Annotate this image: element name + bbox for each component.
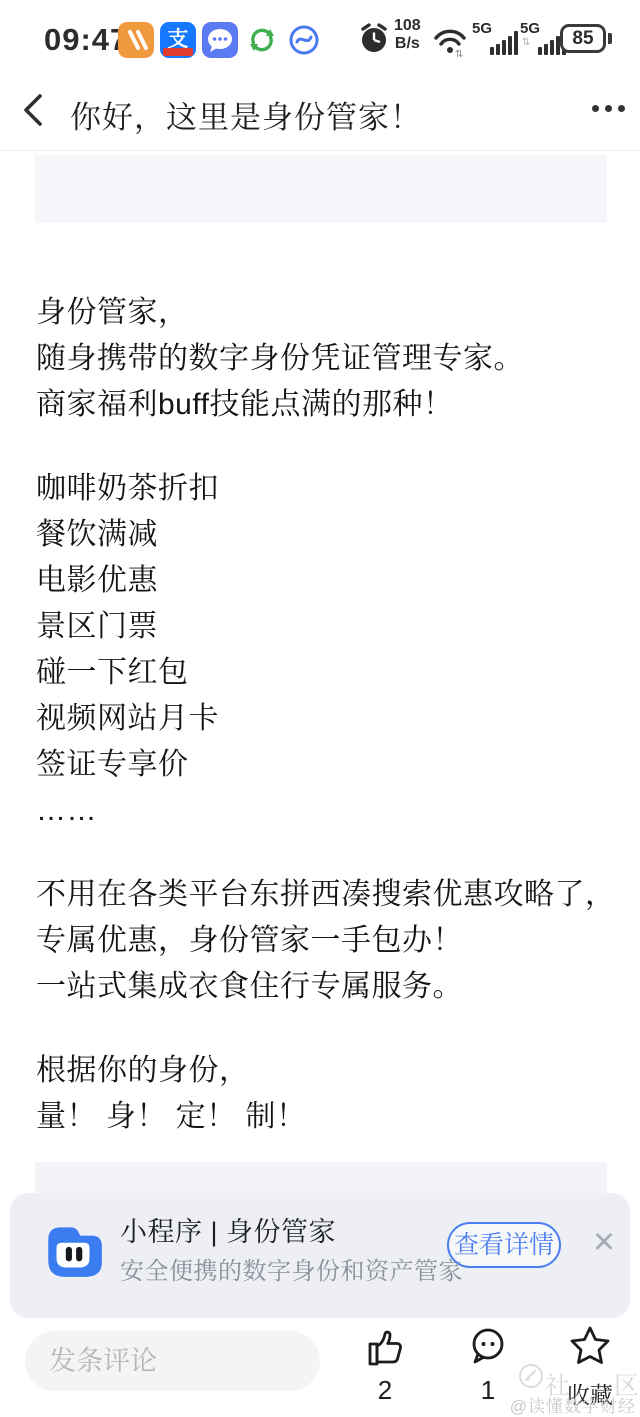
like-count: 2 — [355, 1375, 415, 1406]
article-line: 随身携带的数字身份凭证管理专家。 — [36, 336, 611, 382]
signal-bars-1 — [490, 31, 518, 55]
battery-nub — [608, 33, 612, 44]
article-line: 量！ 身！ 定！ 制！ — [36, 1094, 611, 1140]
article-line: …… — [36, 788, 611, 834]
nav-bar: 你好，这里是身份管家！ — [0, 70, 640, 151]
close-icon[interactable]: × — [580, 1218, 628, 1266]
star-icon — [567, 1324, 613, 1368]
article-line: 景区门票 — [36, 604, 611, 650]
network-type-label-1: 5G — [472, 20, 492, 37]
article-line: 专属优惠，身份管家一手包办！ — [36, 918, 611, 964]
status-bar: 09:47 支 — [0, 0, 640, 70]
like-button[interactable]: 2 — [355, 1324, 415, 1406]
comment-input[interactable] — [25, 1331, 320, 1391]
miniprogram-subtitle: 安全便携的数字身份和资产管家 — [120, 1251, 463, 1286]
article-line: 咖啡奶茶折扣 — [36, 466, 611, 512]
article-blank-line — [36, 1010, 611, 1048]
article-line: 不用在各类平台东拼西凑搜索优惠攻略了， — [36, 872, 611, 918]
phone-screen: 09:47 支 — [0, 0, 640, 1417]
back-icon[interactable] — [18, 90, 48, 130]
slash-app-icon — [118, 22, 154, 58]
network-type-label-2: 5G — [520, 20, 540, 37]
article-image-partial-top — [35, 155, 607, 223]
slash-glyph — [118, 22, 154, 58]
page-title: 你好，这里是身份管家！ — [70, 92, 422, 137]
comment-button[interactable]: 1 — [458, 1324, 518, 1406]
bottom-action-bar: 2 1 收藏 — [0, 1318, 640, 1417]
recycle-arrows-glyph — [244, 22, 280, 58]
article-line: 根据你的身份， — [36, 1048, 611, 1094]
recycle-app-icon — [244, 22, 280, 58]
article-line: 身份管家， — [36, 290, 611, 336]
thumbs-up-icon — [362, 1324, 408, 1368]
miniprogram-title: 小程序 | 身份管家 — [120, 1210, 336, 1249]
alipay-icon: 支 — [160, 22, 196, 58]
article-line: 视频网站月卡 — [36, 696, 611, 742]
chat-bubble-glyph — [202, 22, 238, 58]
swirl-app-icon — [286, 22, 322, 58]
view-details-button[interactable]: 查看详情 — [447, 1222, 561, 1268]
data-arrows-icon: ⇅ — [522, 37, 529, 48]
favorite-label: 收藏 — [560, 1377, 620, 1410]
article-blank-line — [36, 834, 611, 872]
miniprogram-folder-icon — [40, 1217, 106, 1283]
article-line: 电影优惠 — [36, 558, 611, 604]
article-line: 商家福利buff技能点满的那种！ — [36, 382, 611, 428]
alarm-clock-icon — [356, 20, 392, 56]
article-body: 身份管家，随身携带的数字身份凭证管理专家。商家福利buff技能点满的那种！咖啡奶… — [36, 290, 611, 1140]
article-line: 签证专享价 — [36, 742, 611, 788]
miniprogram-card[interactable]: 小程序 | 身份管家 安全便携的数字身份和资产管家 查看详情 × — [10, 1193, 630, 1318]
svg-text:⇅: ⇅ — [455, 49, 463, 58]
article-line: 碰一下红包 — [36, 650, 611, 696]
comment-bubble-icon — [465, 1324, 511, 1368]
comment-count: 1 — [458, 1375, 518, 1406]
article-line: 餐饮满减 — [36, 512, 611, 558]
favorite-button[interactable]: 收藏 — [560, 1324, 620, 1410]
messages-app-icon — [202, 22, 238, 58]
network-speed: 108 B/s — [394, 17, 421, 53]
battery-indicator: 85 — [560, 24, 606, 53]
article-line: 一站式集成衣食住行专属服务。 — [36, 964, 611, 1010]
swirl-glyph — [286, 22, 322, 58]
network-speed-value: 108 — [394, 17, 421, 34]
clock-time: 09:47 — [44, 22, 128, 58]
signal-5g-sim1: 5G — [472, 20, 518, 58]
article-blank-line — [36, 428, 611, 466]
wifi-icon: ⇅ — [430, 24, 470, 58]
network-speed-unit: B/s — [395, 35, 420, 52]
alipay-ribbon — [163, 48, 193, 56]
more-options-icon[interactable] — [592, 105, 632, 117]
